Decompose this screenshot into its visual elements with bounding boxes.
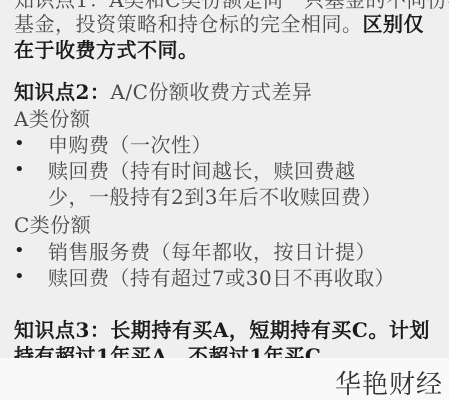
bullet-icon: • <box>14 159 25 180</box>
c-class-label: C类份额 <box>14 213 91 237</box>
a-class-item-redemption-cont: 少，一般持有2到3年后不收赎回费） <box>48 185 382 209</box>
point3-line-1: 知识点3：长期持有买A，短期持有买C。计划 <box>14 318 430 342</box>
intro-line-1: 基金，投资策略和持仓标的完全相同。区别仅 <box>14 12 424 36</box>
intro-line-2: 在于收费方式不同。 <box>14 38 199 62</box>
bullet-icon: • <box>14 266 25 287</box>
c-class-item-service-fee: 销售服务费（每年都收，按日计提） <box>48 240 376 264</box>
c-class-item-redemption: 赎回费（持有超过7或30日不再收取） <box>48 266 395 290</box>
point2-heading: 知识点2：A/C份额收费方式差异 <box>14 80 312 104</box>
intro-text: 基金，投资策略和持仓标的完全相同。 <box>14 12 363 36</box>
a-class-label: A类份额 <box>14 107 90 131</box>
watermark: 华艳财经 <box>335 364 443 400</box>
point2-title: A/C份额收费方式差异 <box>110 80 312 104</box>
point3-line-2: 持有超过1年买A，不超过1年买C。 <box>14 344 342 358</box>
intro-emphasis: 区别仅 <box>363 12 425 36</box>
a-class-item-subscription: 申购费（一次性） <box>48 133 212 157</box>
bullet-icon: • <box>14 240 25 261</box>
clipped-top-line: 知识点1：A类和C类份额是同一只基金的不同份额，同 <box>14 0 449 12</box>
document-page: 知识点1：A类和C类份额是同一只基金的不同份额，同 基金，投资策略和持仓标的完全… <box>0 0 449 358</box>
point2-label: 知识点2： <box>14 80 110 104</box>
a-class-item-redemption: 赎回费（持有时间越长，赎回费越 <box>48 159 356 183</box>
bullet-icon: • <box>14 133 25 154</box>
